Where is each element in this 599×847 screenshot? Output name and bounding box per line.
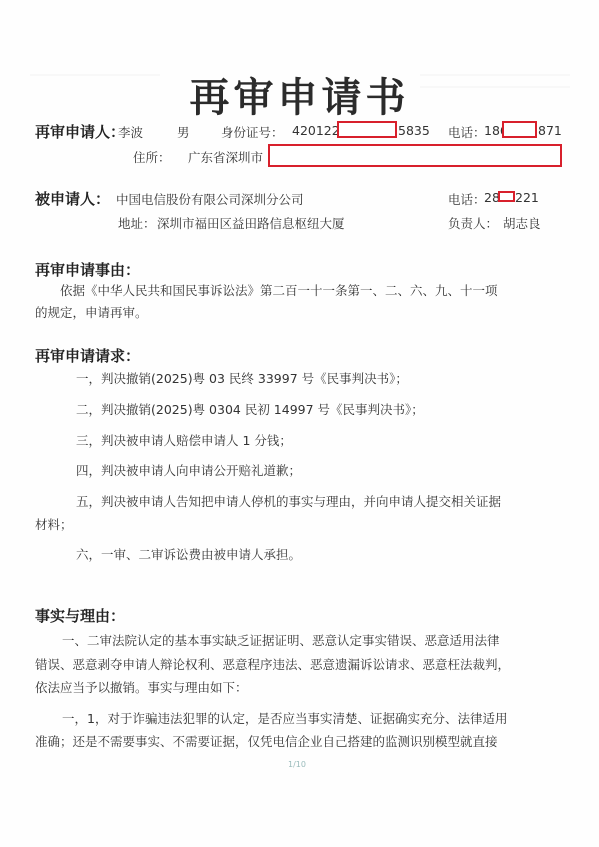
respondent-phone-label: 电话：: [448, 190, 486, 208]
request-item: 二，判决撤销(2025)粤 0304 民初 14997 号《民事判决书》；: [76, 397, 424, 422]
respondent-phone-redaction-box: [498, 191, 515, 202]
document-title: 再审申请书: [0, 66, 599, 123]
facts-line: 错误、恶意剥夺申请人辩论权利、恶意程序违法、恶意遗漏诉讼请求、恶意枉法裁判，: [35, 652, 510, 677]
applicant-id-label: 身份证号：: [221, 123, 284, 141]
applicant-gender: 男: [177, 123, 190, 141]
request-item: 一，判决撤销(2025)粤 03 民终 33997 号《民事判决书》；: [76, 366, 408, 391]
applicant-address: 广东省深圳市: [188, 148, 263, 166]
facts-line: 依法应当予以撤销。事实与理由如下：: [35, 675, 248, 700]
applicant-label: 再审申请人：: [35, 121, 125, 142]
id-redaction-box: [337, 121, 397, 138]
phone-redaction-box: [502, 121, 537, 138]
facts-heading: 事实与理由：: [35, 605, 125, 626]
applicant-id-prefix: 420122: [292, 123, 340, 138]
request-item: 六，一审、二审诉讼费由被申请人承担。: [76, 542, 301, 567]
request-item-continued: 材料；: [35, 512, 73, 537]
page-number: 1/10: [288, 760, 306, 769]
request-item: 三，判决被申请人赔偿申请人 1 分钱；: [76, 428, 292, 453]
respondent-label: 被申请人：: [35, 188, 110, 209]
grounds-heading: 再审申请事由：: [35, 259, 140, 280]
respondent-name: 中国电信股份有限公司深圳分公司: [116, 190, 304, 208]
respondent-address-label: 地址：: [118, 214, 156, 232]
applicant-phone-label: 电话：: [448, 123, 486, 141]
address-redaction-box: [268, 144, 562, 167]
respondent-address: 深圳市福田区益田路信息枢纽大厦: [157, 214, 345, 232]
applicant-address-label: 住所：: [133, 148, 171, 166]
respondent-phone-suffix: 221: [515, 190, 539, 205]
applicant-id-suffix: 5835: [398, 123, 430, 138]
respondent-head-label: 负责人：: [448, 214, 498, 232]
requests-heading: 再审申请请求：: [35, 345, 140, 366]
respondent-head: 胡志良: [503, 214, 541, 232]
grounds-line: 的规定，申请再审。: [35, 300, 148, 325]
facts-line: 一、二审法院认定的基本事实缺乏证据证明、恶意认定事实错误、恶意适用法律: [62, 628, 500, 653]
document-page: 再审申请书 再审申请人： 李波 男 身份证号： 420122 5835 电话： …: [0, 0, 599, 847]
facts-line: 一，1，对于诈骗违法犯罪的认定，是否应当事实清楚、证据确实充分、法律适用: [62, 706, 507, 731]
request-item: 五，判决被申请人告知把申请人停机的事实与理由，并向申请人提交相关证据: [76, 489, 501, 514]
request-item: 四，判决被申请人向申请公开赔礼道歉；: [76, 458, 301, 483]
applicant-name: 李波: [118, 123, 143, 141]
applicant-phone-suffix: 871: [538, 123, 562, 138]
facts-line: 准确；还是不需要事实、不需要证据，仅凭电信企业自己搭建的监测识别模型就直接: [35, 729, 498, 754]
